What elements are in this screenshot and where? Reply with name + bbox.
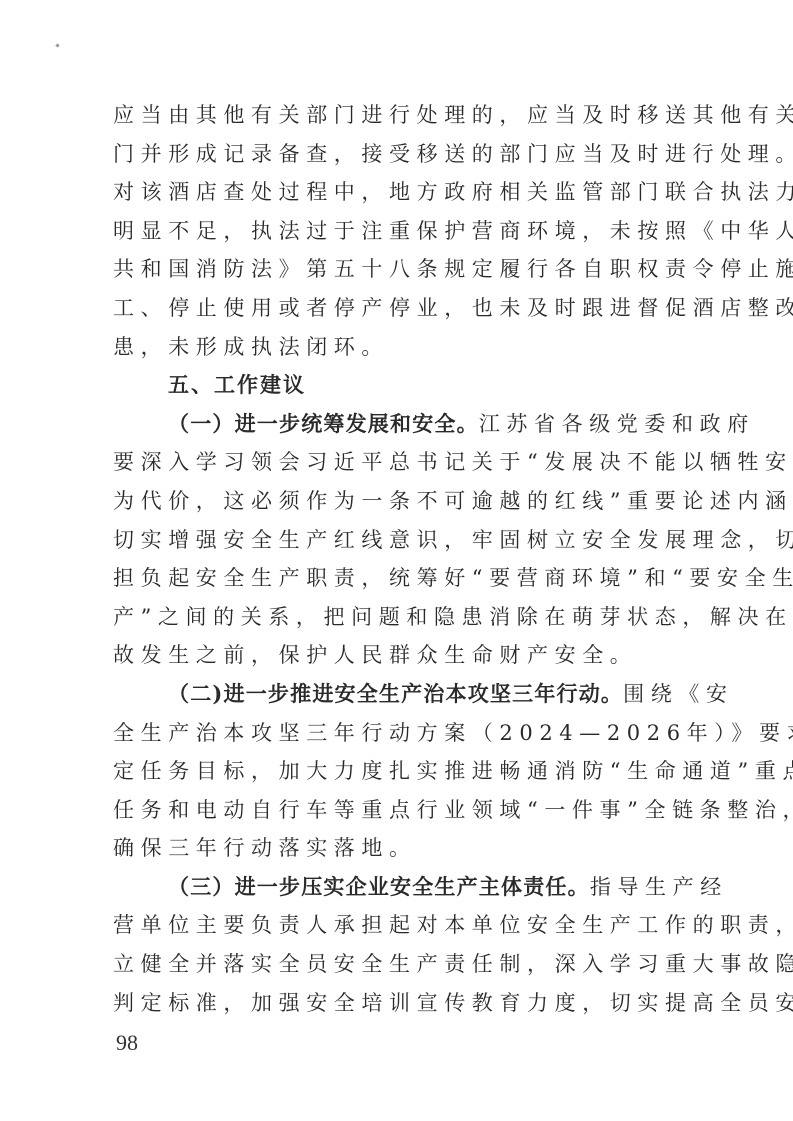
document-body: 应当由其他有关部门进行处理的，应当及时移送其他有关部 门并形成记录备查，接受移送… [113, 96, 673, 1022]
recommendation-1: （一）进一步统筹发展和安全。江苏省各级党委和政府 要深入学习领会习近平总书记关于… [113, 405, 673, 675]
paragraph-enforcement: 应当由其他有关部门进行处理的，应当及时移送其他有关部 门并形成记录备查，接受移送… [113, 96, 673, 366]
text-line: 共和国消防法》第五十八条规定履行各自职权责令停止施 [113, 250, 673, 289]
text-line: 对该酒店查处过程中，地方政府相关监管部门联合执法力度 [113, 173, 673, 212]
recommendation-3: （三）进一步压实企业安全生产主体责任。指导生产经 营单位主要负责人承担起对本单位… [113, 868, 673, 1022]
recommendation-title: （一）进一步统筹发展和安全。 [168, 411, 479, 436]
text-line: 明显不足，执法过于注重保护营商环境，未按照《中华人民 [113, 212, 673, 251]
text-line: 故发生之前，保护人民群众生命财产安全。 [113, 636, 673, 675]
text-line: 为代价，这必须作为一条不可逾越的红线”重要论述内涵， [113, 482, 673, 521]
text-line: 定任务目标，加大力度扎实推进畅通消防“生命通道”重点 [113, 752, 673, 791]
text-line: （二)进一步推进安全生产治本攻坚三年行动。围绕《安 [113, 675, 673, 714]
text-line: 切实增强安全生产红线意识，牢固树立安全发展理念，切实 [113, 521, 673, 560]
page-number: 98 [116, 1030, 138, 1056]
text-line: 产”之间的关系，把问题和隐患消除在萌芽状态，解决在事 [113, 598, 673, 637]
text-line: 应当由其他有关部门进行处理的，应当及时移送其他有关部 [113, 96, 673, 135]
text-line: 要深入学习领会习近平总书记关于“发展决不能以牺牲安全 [113, 443, 673, 482]
scan-mark [55, 43, 59, 47]
text-span: 围绕《安 [623, 682, 733, 706]
recommendation-2: （二)进一步推进安全生产治本攻坚三年行动。围绕《安 全生产治本攻坚三年行动方案（… [113, 675, 673, 868]
text-line: 立健全并落实全员安全生产责任制，深入学习重大事故隐患 [113, 945, 673, 984]
recommendation-title: （三）进一步压实企业安全生产主体责任。 [168, 874, 590, 899]
text-span: 江苏省各级党委和政府 [479, 412, 755, 436]
text-line: 确保三年行动落实落地。 [113, 829, 673, 868]
section-heading: 五、工作建议 [113, 366, 673, 405]
text-line: 任务和电动自行车等重点行业领域“一件事”全链条整治， [113, 791, 673, 830]
text-line: 判定标准，加强安全培训宣传教育力度，切实提高全员安全 [113, 984, 673, 1023]
text-line: 担负起安全生产职责，统筹好“要营商环境”和“要安全生 [113, 559, 673, 598]
text-line: 营单位主要负责人承担起对本单位安全生产工作的职责，建 [113, 906, 673, 945]
text-span: 指导生产经 [590, 875, 728, 899]
text-line: 门并形成记录备查，接受移送的部门应当及时进行处理。在 [113, 135, 673, 174]
text-line: （一）进一步统筹发展和安全。江苏省各级党委和政府 [113, 405, 673, 444]
text-line: 全生产治本攻坚三年行动方案（2024—2026年）》要求，锚 [113, 714, 673, 753]
text-line: （三）进一步压实企业安全生产主体责任。指导生产经 [113, 868, 673, 907]
text-line: 患，未形成执法闭环。 [113, 328, 673, 367]
recommendation-title: （二)进一步推进安全生产治本攻坚三年行动。 [168, 681, 623, 706]
text-line: 工、停止使用或者停产停业，也未及时跟进督促酒店整改隐 [113, 289, 673, 328]
